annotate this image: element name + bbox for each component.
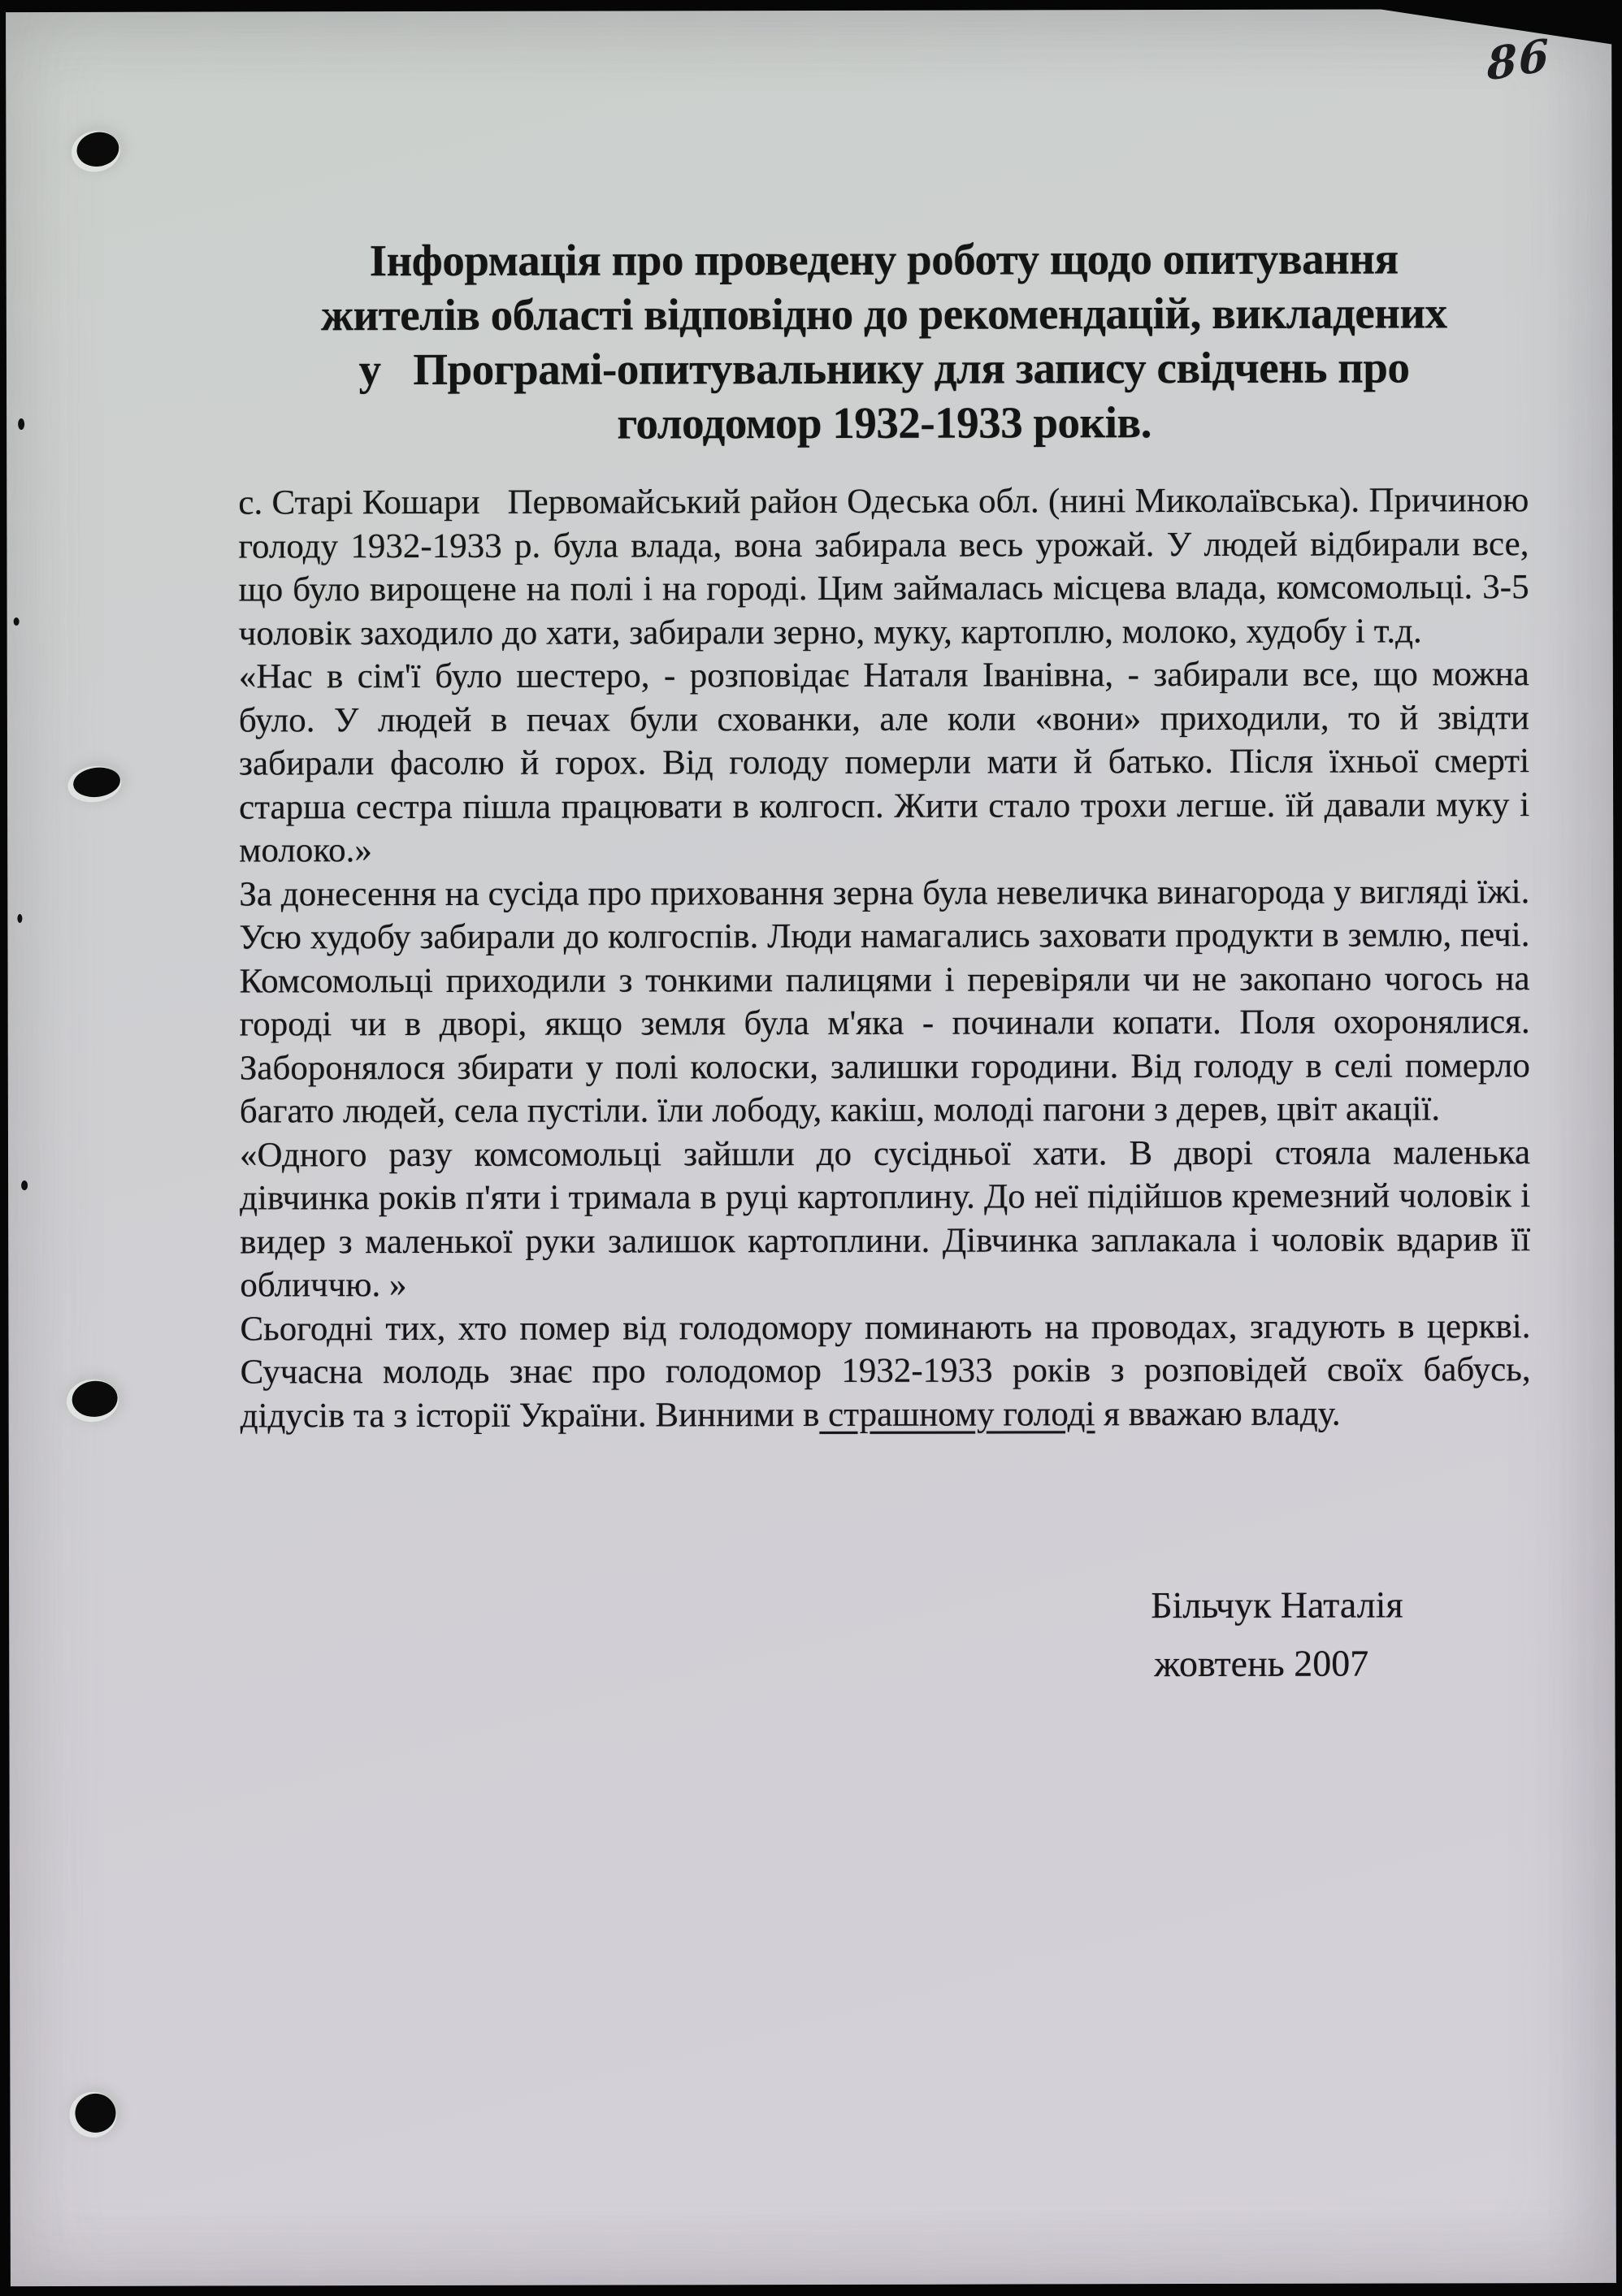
body-paragraph-final: Сьогодні тих, хто помер від голодомору п… (240, 1305, 1530, 1438)
scan-edge-artifact (18, 418, 24, 430)
signature-date: жовтень 2007 (1151, 1634, 1403, 1693)
signature-name: Більчук Наталія (1151, 1575, 1403, 1635)
final-paragraph-text: я вважаю владу. (1095, 1394, 1340, 1433)
body-paragraph: За донесення на сусіда про приховання зе… (239, 870, 1530, 1133)
hole-punch (74, 129, 122, 170)
scanned-document: 86 Інформація про проведену роботу щодо … (0, 0, 1622, 2296)
document-title: Інформація про проведену роботу щодо опи… (230, 231, 1539, 451)
body-paragraph: «Одного разу комсомольці зайшли до сусід… (240, 1131, 1530, 1307)
body-paragraph: с. Старі Кошари Первомайський район Одес… (238, 479, 1529, 655)
handwritten-page-number: 86 (1486, 28, 1550, 91)
hole-punch (75, 2094, 115, 2133)
signature-block: Більчук Наталія жовтень 2007 (1151, 1575, 1403, 1693)
document-body: с. Старі Кошари Первомайський район Одес… (238, 479, 1530, 1437)
scan-edge-artifact (21, 1180, 28, 1190)
document-page: 86 Інформація про проведену роботу щодо … (6, 9, 1616, 2286)
hole-punch (71, 1379, 119, 1419)
scan-edge-artifact (14, 617, 20, 626)
underlined-phrase: страшному голоді (819, 1395, 1095, 1434)
hole-punch (72, 765, 122, 799)
body-paragraph: «Нас в сім'ї було шестеро, - розповідає … (239, 652, 1530, 873)
scan-edge-artifact (17, 914, 22, 923)
